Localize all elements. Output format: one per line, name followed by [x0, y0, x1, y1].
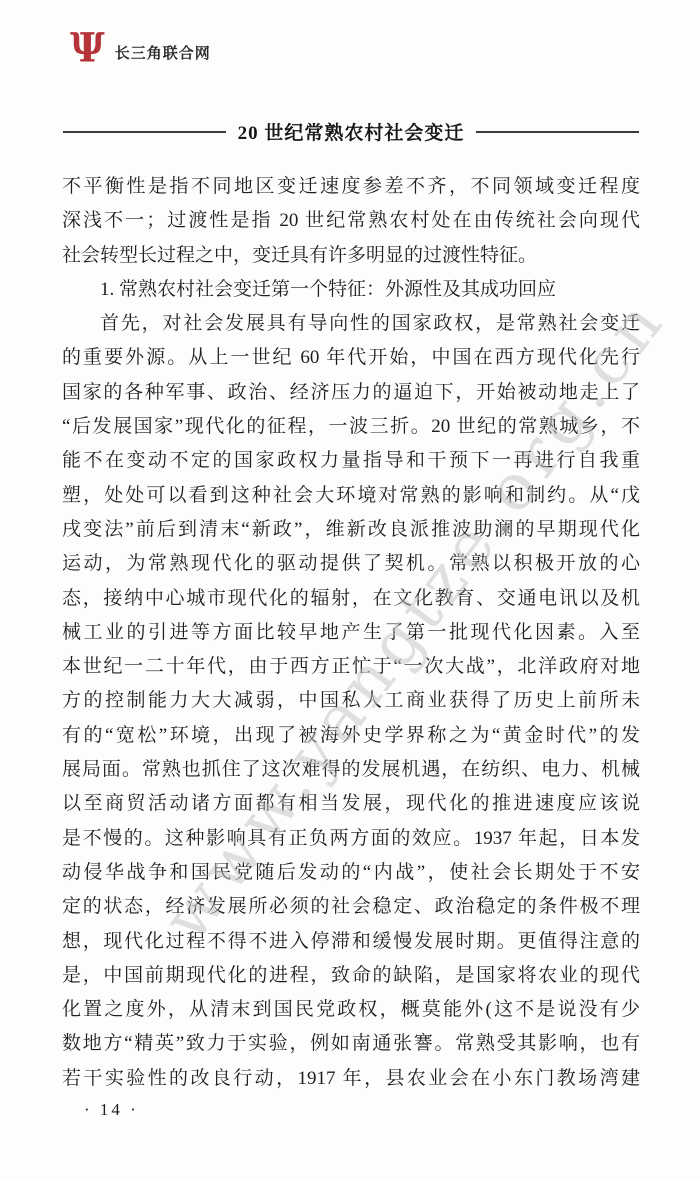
body-line: 定的状态，经济发展所必须的社会稳定、政治稳定的条件极不理 — [62, 890, 640, 924]
body-line: 是不慢的。这种影响具有正负两方面的效应。1937 年起，日本发 — [62, 822, 640, 856]
chapter-header: 20 世纪常熟农村社会变迁 — [63, 118, 639, 145]
body-line: 的重要外源。从上一世纪 60 年代开始，中国在西方现代化先行 — [62, 341, 640, 375]
body-line: 1. 常熟农村社会变迁第一个特征：外源性及其成功回应 — [62, 273, 640, 307]
page-number: · 14 · — [84, 1100, 139, 1120]
body-line: 社会转型长过程之中，变迁具有许多明显的过渡性特征。 — [62, 239, 640, 273]
body-line: 运动，为常熟现代化的驱动提供了契机。常熟以积极开放的心 — [62, 547, 640, 581]
header-rule-right — [476, 131, 639, 133]
body-line: 态，接纳中心城市现代化的辐射，在文化教育、交通电讯以及机 — [62, 582, 640, 616]
body-line: 国家的各种军事、政治、经济压力的逼迫下，开始被动地走上了 — [62, 376, 640, 410]
chapter-title: 20 世纪常熟农村社会变迁 — [238, 118, 465, 145]
body-line: 以至商贸活动诸方面都有相当发展，现代化的推进速度应该说 — [62, 787, 640, 821]
body-line: 戌变法”前后到清末“新政”，维新改良派推波助澜的早期现代化 — [62, 513, 640, 547]
body-line: 深浅不一；过渡性是指 20 世纪常熟农村处在由传统社会向现代 — [62, 204, 640, 238]
body-line: 展局面。常熟也抓住了这次难得的发展机遇，在纺织、电力、机械 — [62, 753, 640, 787]
body-line: 方的控制能力大大减弱，中国私人工商业获得了历史上前所未 — [62, 684, 640, 718]
body-line: “后发展国家”现代化的征程，一波三折。20 世纪的常熟城乡，不 — [62, 410, 640, 444]
header-rule-left — [63, 131, 226, 133]
body-line: 首先，对社会发展具有导向性的国家政权，是常熟社会变迁 — [62, 307, 640, 341]
site-header: Ψ 长三角联合网 — [70, 28, 211, 68]
body-line: 若干实验性的改良行动，1917 年，县农业会在小东门教场湾建 — [62, 1062, 640, 1096]
body-line: 数地方“精英”致力于实验，例如南通张謇。常熟受其影响，也有 — [62, 1027, 640, 1061]
body-line: 化置之度外，从清末到国民党政权，概莫能外(这不是说没有少 — [62, 993, 640, 1027]
body-line: 动侵华战争和国民党随后发动的“内战”，使社会长期处于不安 — [62, 856, 640, 890]
body-line: 不平衡性是指不同地区变迁速度参差不齐，不同领域变迁程度 — [62, 170, 640, 204]
site-name: 长三角联合网 — [115, 34, 211, 63]
body-text: 不平衡性是指不同地区变迁速度参差不齐，不同领域变迁程度深浅不一；过渡性是指 20… — [62, 170, 640, 1096]
body-line: 械工业的引进等方面比较早地产生了第一批现代化因素。入至 — [62, 616, 640, 650]
body-line: 本世纪一二十年代，由于西方正忙于“一次大战”，北洋政府对地 — [62, 650, 640, 684]
body-line: 想，现代化过程不得不进入停滞和缓慢发展时期。更值得注意的 — [62, 925, 640, 959]
yangtze-logo-icon: Ψ — [70, 27, 105, 69]
body-line: 塑，处处可以看到这种社会大环境对常熟的影响和制约。从“戊 — [62, 479, 640, 513]
book-page: Ψ 长三角联合网 20 世纪常熟农村社会变迁 www.yangtze.org.c… — [0, 0, 700, 1180]
body-line: 能不在变动不定的国家政权力量指导和干预下一再进行自我重 — [62, 444, 640, 478]
body-line: 是，中国前期现代化的进程，致命的缺陷，是国家将农业的现代 — [62, 959, 640, 993]
body-line: 有的“宽松”环境，出现了被海外史学界称之为“黄金时代”的发 — [62, 719, 640, 753]
